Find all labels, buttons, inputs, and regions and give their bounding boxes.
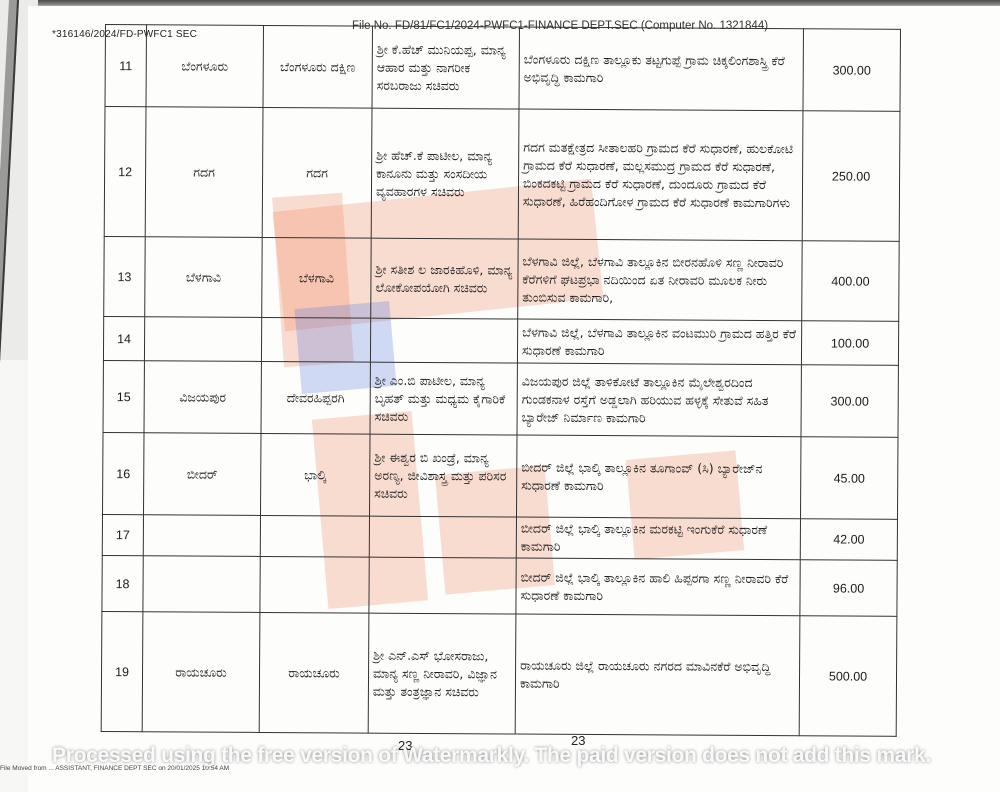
work-description-cell: ಬೀದರ್ ಜಿಲ್ಲೆ ಭಾಲ್ಕಿ ತಾಲ್ಲೂಕಿನ ಮರಕಟ್ಟಿ ಇಂ… bbox=[516, 517, 800, 560]
amount-cell: 96.00 bbox=[800, 560, 897, 617]
minister-cell bbox=[370, 318, 517, 363]
district-cell: ಬೆಂಗಳೂರು bbox=[146, 25, 263, 108]
district-cell bbox=[143, 515, 260, 557]
amount-cell: 400.00 bbox=[802, 241, 899, 322]
district-cell bbox=[144, 317, 261, 362]
amount-cell: 500.00 bbox=[799, 616, 897, 737]
row-number: 18 bbox=[102, 555, 143, 611]
table-row: 19ರಾಯಚೂರುರಾಯಚೂರುಶ್ರೀ ಎನ್.ಎಸ್ ಭೋಸರಾಜು, ಮಾ… bbox=[101, 611, 897, 736]
table-row: 16ಬೀದರ್ಭಾಲ್ಕಿಶ್ರೀ ಈಶ್ವರ ಬಿ ಖಂಡ್ರೆ, ಮಾನ್ಯ… bbox=[103, 432, 898, 519]
minister-cell: ಶ್ರೀ ಈಶ್ವರ ಬಿ ಖಂಡ್ರೆ, ಮಾನ್ಯ ಅರಣ್ಯ, ಜೀವಿಶ… bbox=[369, 434, 516, 517]
minister-cell: ಶ್ರೀ ಎನ್.ಎಸ್ ಭೋಸರಾಜು, ಮಾನ್ಯ ಸಣ್ಣ ನೀರಾವರಿ… bbox=[368, 613, 516, 734]
table-row: 14ಬೆಳಗಾವಿ ಜಿಲ್ಲೆ, ಬೆಳಗಾವಿ ತಾಲ್ಲೂಕಿನ ವಂಟಮ… bbox=[103, 316, 898, 365]
row-number: 15 bbox=[103, 360, 144, 432]
work-description-cell: ಬೆಂಗಳೂರು ದಕ್ಷಿಣ ತಾಲ್ಲೂಕು ತಟ್ಟಗುಪ್ಪೆ ಗ್ರಾ… bbox=[519, 27, 803, 111]
table-row: 15ವಿಜಯಪುರದೇವರಹಿಪ್ಪರಗಿಶ್ರೀ ಎಂ.ಬಿ ಪಾಟೀಲ, ಮ… bbox=[103, 360, 898, 437]
minister-cell: ಶ್ರೀ ಕೆ.ಹೆಚ್ ಮುನಿಯಪ್ಪ, ಮಾನ್ಯ ಆಹಾರ ಮತ್ತು … bbox=[372, 26, 519, 109]
minister-cell: ಶ್ರೀ ಎಂ.ಬಿ ಪಾಟೀಲ, ಮಾನ್ಯ ಬೃಹತ್ ಮತ್ತು ಮಧ್ಯ… bbox=[370, 362, 517, 435]
amount-cell: 100.00 bbox=[801, 321, 898, 366]
minister-cell: ಶ್ರೀ ಸತೀಶ ಲ ಜಾರಕಿಹೊಳಿ, ಮಾನ್ಯ ಲೋಕೋಪಯೋಗಿ ಸ… bbox=[371, 238, 518, 319]
amount-cell: 250.00 bbox=[802, 111, 900, 242]
table-row: 13ಬೆಳಗಾವಿಬೆಳಗಾವಿಶ್ರೀ ಸತೀಶ ಲ ಜಾರಕಿಹೊಳಿ, ಮ… bbox=[104, 236, 899, 321]
district-cell: ವಿಜಯಪುರ bbox=[144, 361, 261, 434]
constituency-cell bbox=[260, 515, 369, 557]
watermark-text: Processed using the free version of Wate… bbox=[52, 744, 931, 768]
constituency-cell bbox=[261, 317, 370, 362]
district-cell: ಬೀದರ್ bbox=[144, 433, 261, 516]
work-description-cell: ಬೀದರ್ ಜಿಲ್ಲೆ ಭಾಲ್ಕಿ ತಾಲ್ಲೂಕಿನ ತೂಗಾಂವ್ (ಸ… bbox=[516, 435, 800, 519]
constituency-cell: ದೇವರಹಿಪ್ಪರಗಿ bbox=[261, 361, 370, 434]
constituency-cell: ಬೆಂಗಳೂರು ದಕ್ಷಿಣ bbox=[263, 25, 372, 108]
minister-cell bbox=[369, 516, 516, 558]
row-number: 19 bbox=[101, 611, 143, 731]
row-number: 17 bbox=[102, 514, 143, 555]
row-number: 16 bbox=[103, 432, 145, 514]
work-description-cell: ಬೆಳಗಾವಿ ಜಿಲ್ಲೆ, ಬೆಳಗಾವಿ ತಾಲ್ಲೂಕಿನ ವಂಟಮುರ… bbox=[517, 319, 801, 365]
minister-cell bbox=[369, 557, 516, 614]
work-description-cell: ಬೀದರ್ ಜಿಲ್ಲೆ ಭಾಲ್ಕಿ ತಾಲ್ಲೂಕಿನ ಹಾಲಿ ಹಿಪ್ಪ… bbox=[516, 558, 800, 616]
table-row: 11ಬೆಂಗಳೂರುಬೆಂಗಳೂರು ದಕ್ಷಿಣಶ್ರೀ ಕೆ.ಹೆಚ್ ಮು… bbox=[105, 25, 900, 112]
district-cell: ರಾಯಚೂರು bbox=[142, 612, 260, 733]
amount-cell: 300.00 bbox=[801, 365, 898, 438]
work-description-cell: ಬೆಳಗಾವಿ ಜಿಲ್ಲೆ, ಬೆಳಗಾವಿ ತಾಲ್ಲೂಕಿನ ಬೀರನಹೊ… bbox=[518, 239, 802, 321]
work-description-cell: ವಿಜಯಪುರ ಜಿಲ್ಲೆ ತಾಳಿಕೋಟೆ ತಾಲ್ಲೂಕಿನ ಮೈಲೇಶ್… bbox=[517, 363, 801, 437]
constituency-cell: ಭಾಲ್ಕಿ bbox=[261, 433, 370, 516]
amount-cell: 42.00 bbox=[800, 519, 897, 561]
row-number: 14 bbox=[103, 316, 144, 360]
constituency-cell: ಬೆಳಗಾವಿ bbox=[262, 237, 371, 318]
district-cell: ಬೆಳಗಾವಿ bbox=[145, 237, 262, 318]
row-number: 13 bbox=[104, 236, 145, 316]
minister-cell: ಶ್ರೀ ಹೆಚ್.ಕೆ ಪಾಟೀಲ, ಮಾನ್ಯ ಕಾನೂನು ಮತ್ತು ಸ… bbox=[371, 108, 519, 239]
work-description-cell: ರಾಯಚೂರು ಜಿಲ್ಲೆ ರಾಯಚೂರು ನಗರದ ಮಾವಿನಕೆರೆ ಅಭ… bbox=[515, 614, 800, 736]
district-cell: ಗದಗ bbox=[145, 107, 263, 238]
row-number: 12 bbox=[104, 107, 146, 237]
table-row: 12ಗದಗಗದಗಶ್ರೀ ಹೆಚ್.ಕೆ ಪಾಟೀಲ, ಮಾನ್ಯ ಕಾನೂನು… bbox=[104, 107, 900, 242]
work-description-cell: ಗದಗ ಮತಕ್ಷೇತ್ರದ ಸೀತಾಲಹರಿ ಗ್ರಾಮದ ಕೆರೆ ಸುಧಾ… bbox=[518, 109, 803, 241]
amount-cell: 300.00 bbox=[803, 29, 900, 112]
constituency-cell: ರಾಯಚೂರು bbox=[259, 612, 369, 733]
constituency-cell bbox=[260, 556, 369, 613]
amount-cell: 45.00 bbox=[800, 437, 897, 520]
row-number: 11 bbox=[105, 25, 147, 107]
table-row: 18ಬೀದರ್ ಜಿಲ್ಲೆ ಭಾಲ್ಕಿ ತಾಲ್ಲೂಕಿನ ಹಾಲಿ ಹಿಪ… bbox=[102, 555, 897, 616]
works-table: 11ಬೆಂಗಳೂರುಬೆಂಗಳೂರು ದಕ್ಷಿಣಶ್ರೀ ಕೆ.ಹೆಚ್ ಮು… bbox=[101, 24, 901, 737]
constituency-cell: ಗದಗ bbox=[262, 107, 372, 238]
table-row: 17ಬೀದರ್ ಜಿಲ್ಲೆ ಭಾಲ್ಕಿ ತಾಲ್ಲೂಕಿನ ಮರಕಟ್ಟಿ … bbox=[102, 514, 897, 560]
district-cell bbox=[143, 556, 260, 613]
